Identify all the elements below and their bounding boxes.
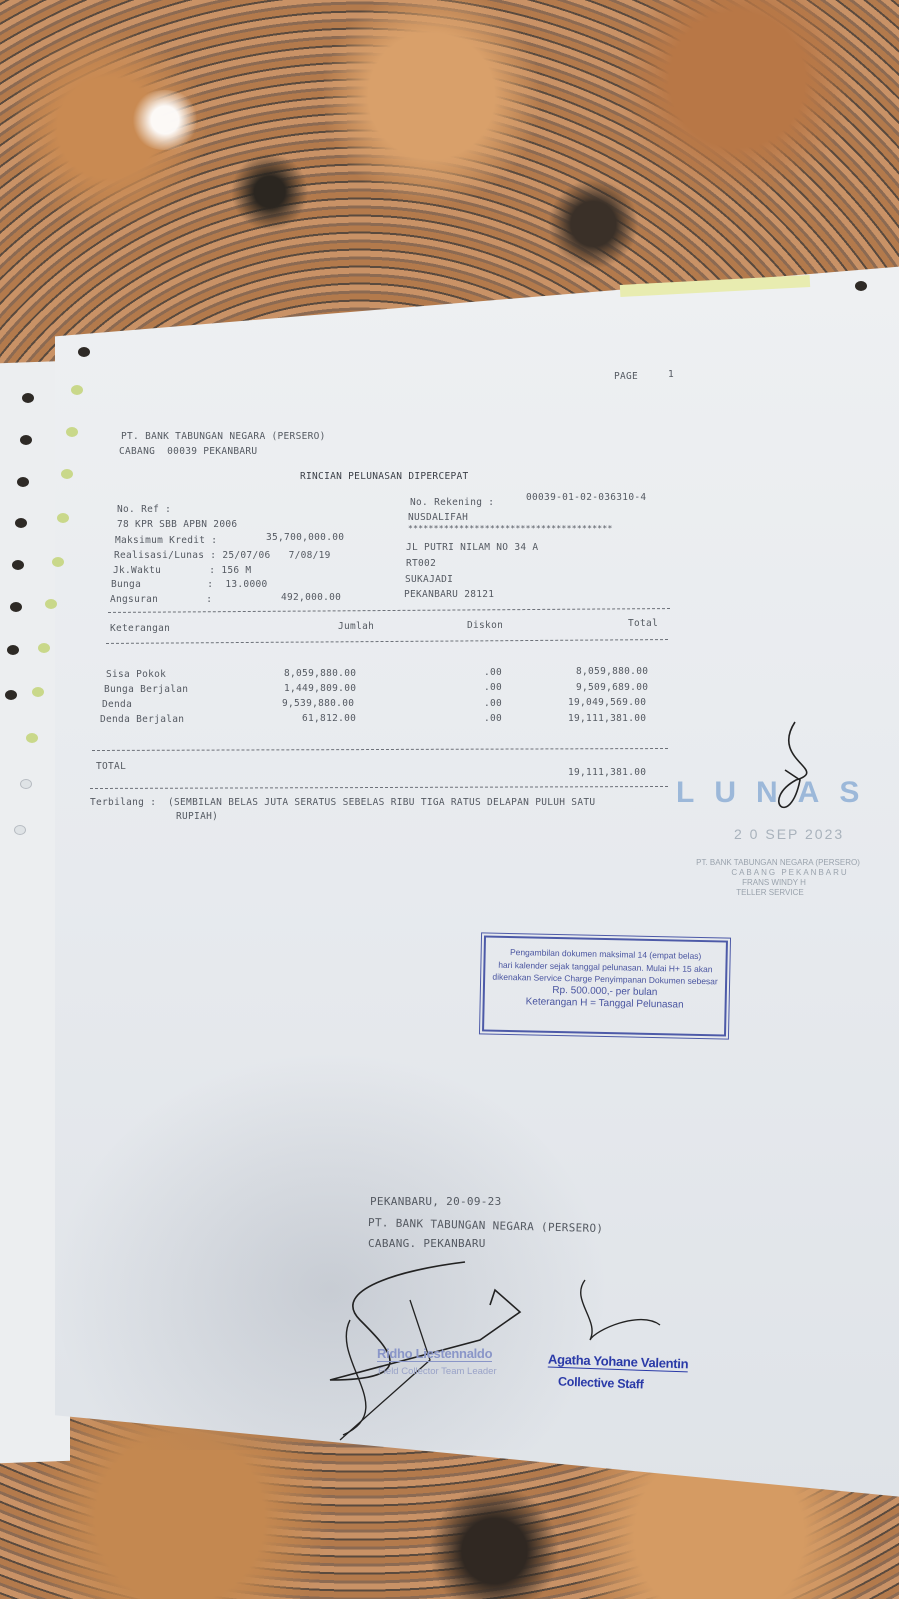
header-total: Total — [628, 619, 658, 629]
row-jumlah: 61,812.00 — [302, 714, 356, 724]
terbilang-line-1: (SEMBILAN BELAS JUTA SERATUS SEBELAS RIB… — [168, 798, 595, 808]
row-keterangan: Bunga Berjalan — [104, 685, 188, 695]
page-number: 1 — [668, 370, 674, 380]
header-jumlah: Jumlah — [338, 622, 374, 632]
settlement-document: PAGE 1 PT. BANK TABUNGAN NEGARA (PERSERO… — [0, 0, 899, 1599]
customer-name: NUSDALIFAH — [408, 513, 468, 523]
total-label: TOTAL — [96, 762, 126, 772]
row-jumlah: 8,059,880.00 — [284, 669, 356, 679]
row-jumlah: 9,539,880.00 — [282, 699, 354, 709]
total-bottom-rule — [90, 786, 668, 789]
address-line-2: RT002 — [406, 559, 436, 569]
document-retrieval-notice: Pengambilan dokumen maksimal 14 (empat b… — [482, 935, 728, 1036]
signatory-2-role: Collective Staff — [558, 1375, 644, 1392]
signatory-1-name: Ridho Liestennaldo — [377, 1346, 492, 1362]
bank-name: PT. BANK TABUNGAN NEGARA (PERSERO) — [121, 432, 326, 442]
row-total: 19,111,381.00 — [568, 714, 646, 724]
realisasi-row: Realisasi/Lunas : 25/07/06 7/08/19 — [114, 551, 331, 561]
total-top-rule — [92, 748, 668, 751]
star-separator: **************************************** — [408, 525, 613, 533]
total-value: 19,111,381.00 — [568, 768, 646, 778]
ref-value: 78 KPR SBB APBN 2006 — [117, 520, 237, 530]
footer-place-date: PEKANBARU, 20-09-23 — [370, 1196, 502, 1207]
row-diskon: .00 — [484, 683, 502, 693]
account-number: 00039-01-02-036310-4 — [526, 493, 646, 503]
row-total: 9,509,689.00 — [576, 683, 648, 693]
row-keterangan: Denda Berjalan — [100, 715, 184, 725]
installment-value: 492,000.00 — [281, 593, 341, 603]
account-label: No. Rekening : — [410, 498, 494, 508]
address-line-4: PEKANBARU 28121 — [404, 590, 494, 600]
bank-branch: CABANG 00039 PEKANBARU — [119, 447, 257, 457]
row-diskon: .00 — [484, 668, 502, 678]
lunas-stamp: LUNAS — [676, 776, 879, 810]
footer-bank: PT. BANK TABUNGAN NEGARA (PERSERO) — [368, 1217, 604, 1234]
table-top-rule — [108, 608, 670, 613]
stamp-service: TELLER SERVICE — [660, 888, 880, 898]
document-title: RINCIAN PELUNASAN DIPERCEPAT — [300, 472, 469, 482]
address-line-3: SUKAJADI — [405, 575, 453, 585]
lunas-stamp-date: 2 0 SEP 2023 — [734, 826, 844, 842]
ref-label: No. Ref : — [117, 505, 171, 515]
address-line-1: JL PUTRI NILAM NO 34 A — [406, 543, 538, 553]
stamp-teller: FRANS WINDY H — [664, 878, 884, 888]
row-diskon: .00 — [484, 699, 502, 709]
signatory-1-role: Field Collector Team Leader — [378, 1366, 497, 1377]
header-keterangan: Keterangan — [110, 624, 170, 634]
installment-label: Angsuran : — [110, 595, 212, 605]
row-diskon: .00 — [484, 714, 502, 724]
signatory-2-name: Agatha Yohane Valentin — [548, 1352, 689, 1373]
row-keterangan: Denda — [102, 700, 132, 710]
terbilang-line-2: RUPIAH) — [176, 812, 218, 822]
terbilang-label: Terbilang : — [90, 798, 156, 808]
interest-row: Bunga : 13.0000 — [111, 580, 268, 590]
max-credit-value: 35,700,000.00 — [266, 533, 344, 543]
row-keterangan: Sisa Pokok — [106, 670, 166, 680]
table-header-rule — [106, 639, 668, 644]
footer-branch: CABANG. PEKANBARU — [368, 1238, 486, 1249]
row-total: 8,059,880.00 — [576, 667, 648, 677]
row-total: 19,049,569.00 — [568, 698, 646, 708]
stamp-branch: CABANG PEKANBARU — [680, 868, 899, 878]
header-diskon: Diskon — [467, 621, 503, 631]
row-jumlah: 1,449,809.00 — [284, 684, 356, 694]
page-label: PAGE — [614, 372, 638, 382]
term-row: Jk.Waktu : 156 M — [113, 566, 251, 576]
max-credit-label: Maksimum Kredit : — [115, 536, 217, 546]
stamp-bank: PT. BANK TABUNGAN NEGARA (PERSERO) — [668, 858, 888, 868]
